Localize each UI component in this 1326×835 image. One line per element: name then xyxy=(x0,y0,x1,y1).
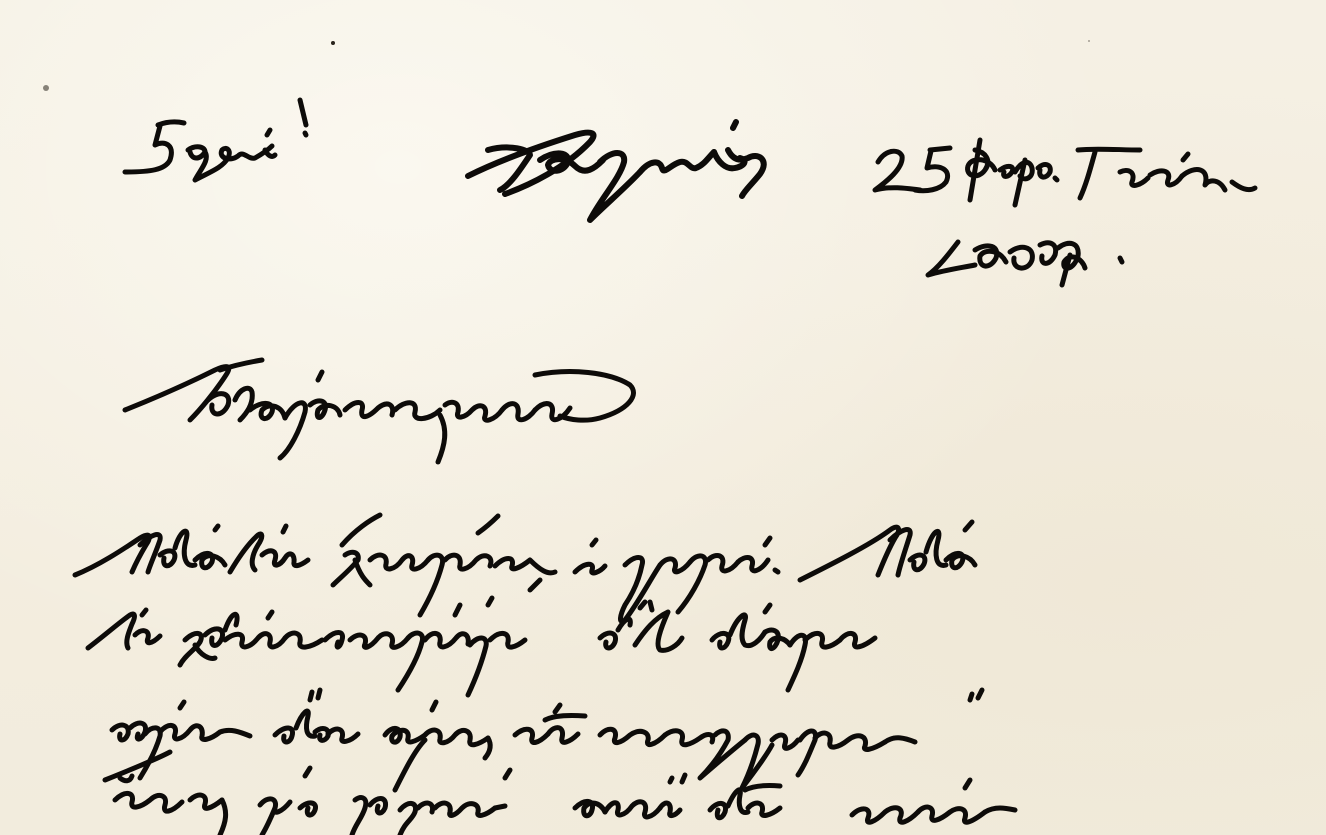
place-strokes xyxy=(468,122,764,220)
salutation-strokes xyxy=(125,360,633,462)
body-line-3-strokes xyxy=(105,690,982,788)
date-line-2-strokes xyxy=(928,242,1122,285)
letter-page: 5 πρωί Χαρμίς 25 Φεβρ. Τρίτη 1904. Νικολ… xyxy=(0,0,1326,835)
page-note-strokes xyxy=(125,100,306,180)
body-line-1-strokes xyxy=(75,515,975,621)
date-line-1-strokes xyxy=(875,140,1255,205)
handwriting-ink xyxy=(0,0,1326,835)
body-line-2-strokes xyxy=(88,598,875,695)
body-line-4-strokes xyxy=(115,740,1015,835)
